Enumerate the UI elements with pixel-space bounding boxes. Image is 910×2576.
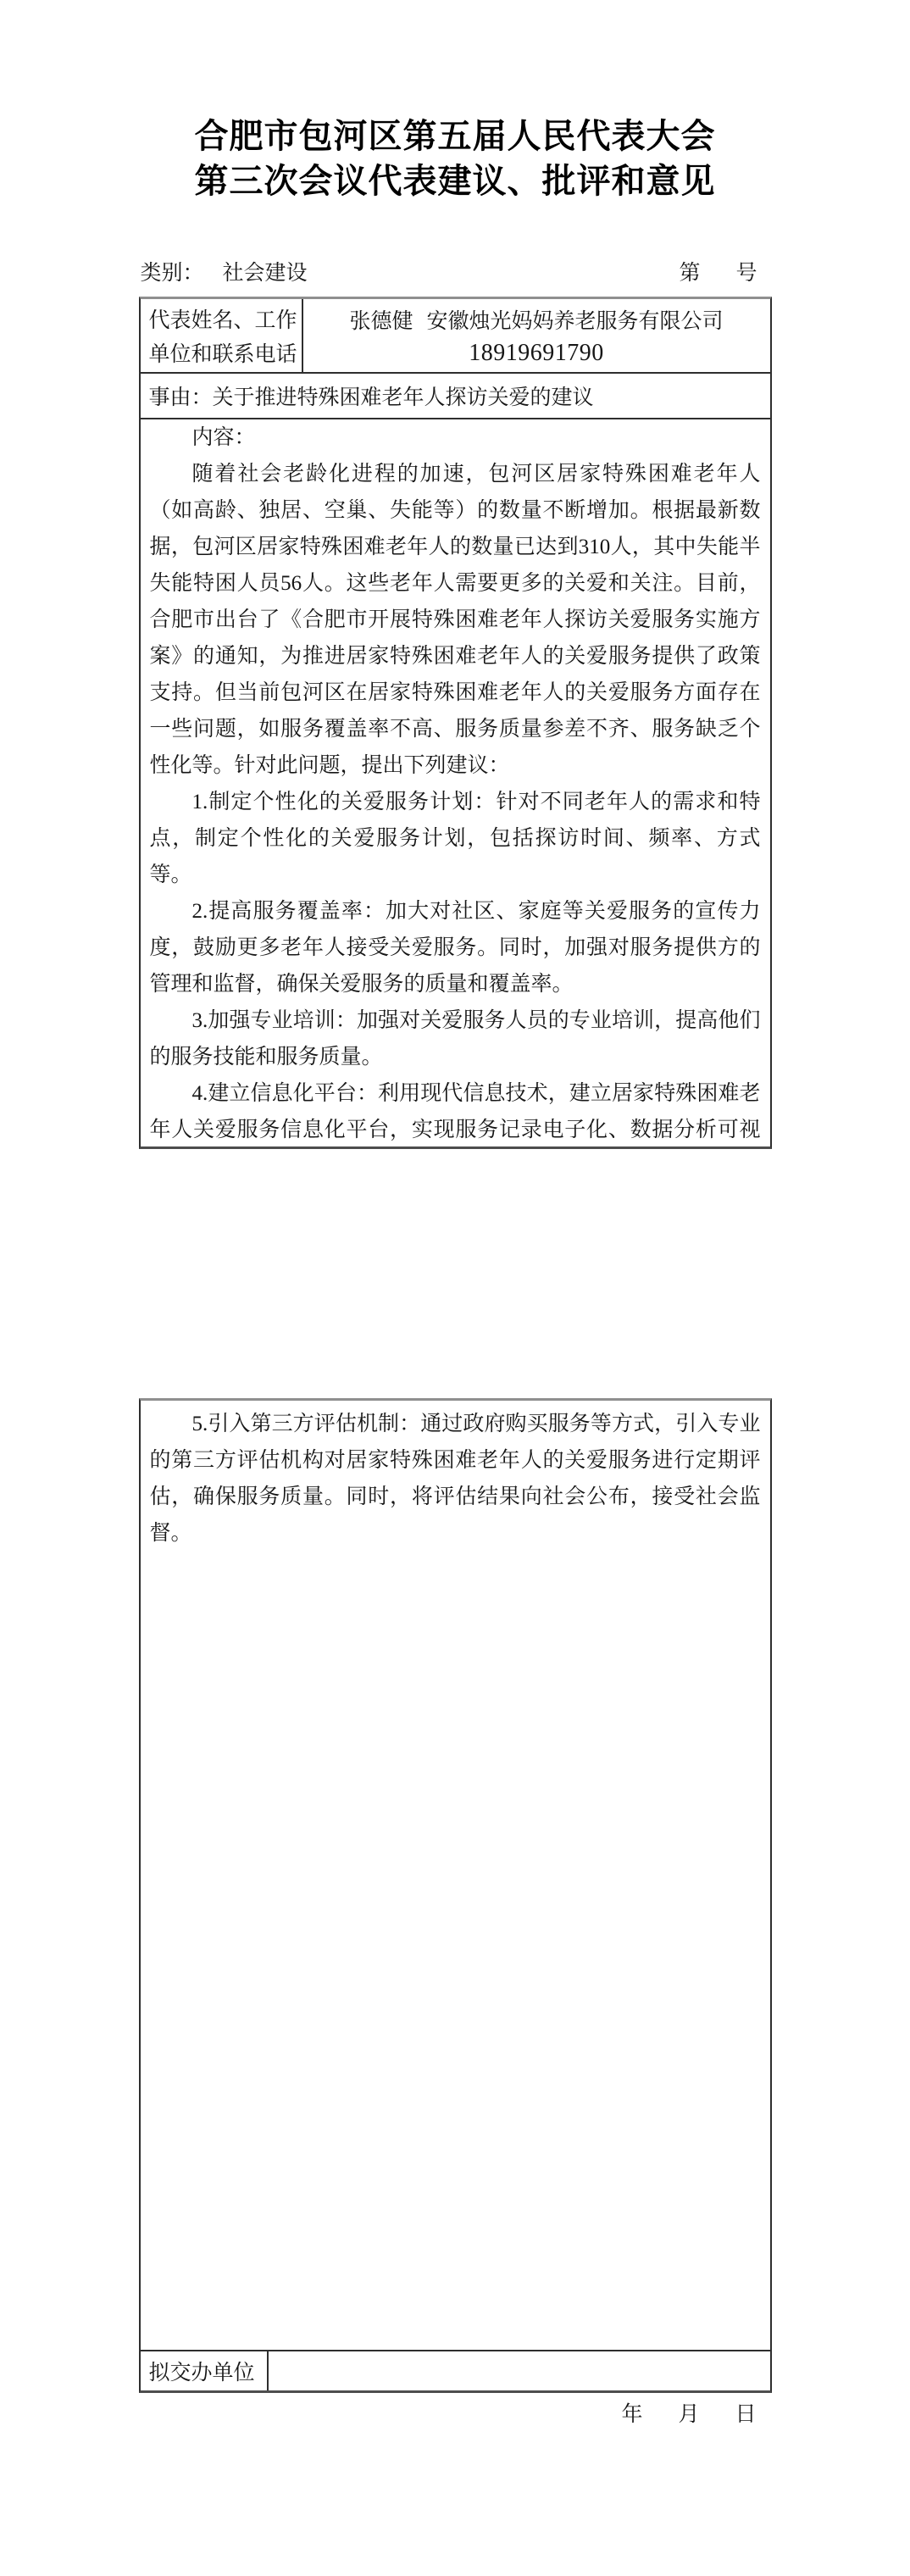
representative-phone: 18919691790	[469, 340, 604, 367]
date-year-label: 年	[621, 2403, 642, 2426]
representative-name: 张德健	[349, 310, 413, 333]
content-paragraph-3: 2.提高服务覆盖率：加大对社区、家庭等关爱服务的宣传力度，鼓励更多老年人接受关爱…	[150, 893, 761, 1002]
document-title-line2: 第三次会议代表建议、批评和意见	[0, 158, 910, 203]
form-table-main: 代表姓名、工作 单位和联系电话 张德健安徽烛光妈妈养老服务有限公司 189196…	[139, 297, 772, 1149]
content-paragraph-5: 4.建立信息化平台：利用现代信息技术，建立居家特殊困难老年人关爱服务信息化平台，…	[150, 1075, 761, 1146]
date-month-label: 月	[678, 2403, 699, 2426]
category-value: 社会建设	[223, 262, 308, 285]
document-number-field: 第号	[679, 262, 771, 285]
document-title: 合肥市包河区第五届人民代表大会 第三次会议代表建议、批评和意见	[0, 0, 910, 203]
content-paragraph-2: 1.制定个性化的关爱服务计划：针对不同老年人的需求和特点，制定个性化的关爱服务计…	[150, 784, 761, 893]
content-paragraph-6: 5.引入第三方评估机制：通过政府购买服务等方式，引入专业的第三方评估机构对居家特…	[150, 1406, 761, 1552]
content-continuation-cell: 5.引入第三方评估机制：通过政府购买服务等方式，引入专业的第三方评估机构对居家特…	[141, 1401, 770, 2350]
document-page: 合肥市包河区第五届人民代表大会 第三次会议代表建议、批评和意见 类别：社会建设 …	[0, 0, 910, 2576]
number-suffix: 号	[735, 262, 757, 285]
page-break-gap	[0, 1149, 910, 1398]
representative-label-line1: 代表姓名、工作	[149, 303, 302, 334]
representative-value-cell: 张德健安徽烛光妈妈养老服务有限公司 18919691790	[303, 299, 770, 372]
representative-label-cell: 代表姓名、工作 单位和联系电话	[141, 299, 303, 372]
content-label: 内容：	[150, 419, 761, 456]
assign-unit-label: 拟交办单位	[141, 2351, 269, 2390]
representative-name-org: 张德健安徽烛光妈妈养老服务有限公司	[349, 304, 723, 335]
subject-row: 事由：关于推进特殊困难老年人探访关爱的建议	[141, 374, 770, 419]
content-cell: 内容： 随着社会老龄化进程的加速，包河区居家特殊困难老年人（如高龄、独居、空巢、…	[141, 419, 770, 1146]
meta-row: 类别：社会建设 第号	[139, 262, 772, 285]
content-paragraph-4: 3.加强专业培训：加强对关爱服务人员的专业培训，提高他们的服务技能和服务质量。	[150, 1002, 761, 1075]
subject-label: 事由：	[149, 380, 213, 411]
category-label: 类别：	[141, 262, 204, 285]
representative-row: 代表姓名、工作 单位和联系电话 张德健安徽烛光妈妈养老服务有限公司 189196…	[141, 299, 770, 374]
number-prefix: 第	[679, 262, 700, 285]
representative-organization: 安徽烛光妈妈养老服务有限公司	[427, 310, 724, 333]
assign-unit-value	[269, 2351, 770, 2390]
representative-label-line2: 单位和联系电话	[149, 337, 302, 368]
document-title-line1: 合肥市包河区第五届人民代表大会	[0, 114, 910, 158]
subject-value: 关于推进特殊困难老年人探访关爱的建议	[213, 380, 594, 411]
category-field: 类别：社会建设	[139, 262, 308, 285]
form-table-continuation: 5.引入第三方评估机制：通过政府购买服务等方式，引入专业的第三方评估机构对居家特…	[139, 1398, 772, 2393]
date-day-label: 日	[735, 2403, 756, 2426]
date-line: 年 月 日	[139, 2403, 772, 2426]
content-paragraph-1: 随着社会老龄化进程的加速，包河区居家特殊困难老年人（如高龄、独居、空巢、失能等）…	[150, 456, 761, 784]
assign-unit-row: 拟交办单位	[141, 2350, 770, 2390]
